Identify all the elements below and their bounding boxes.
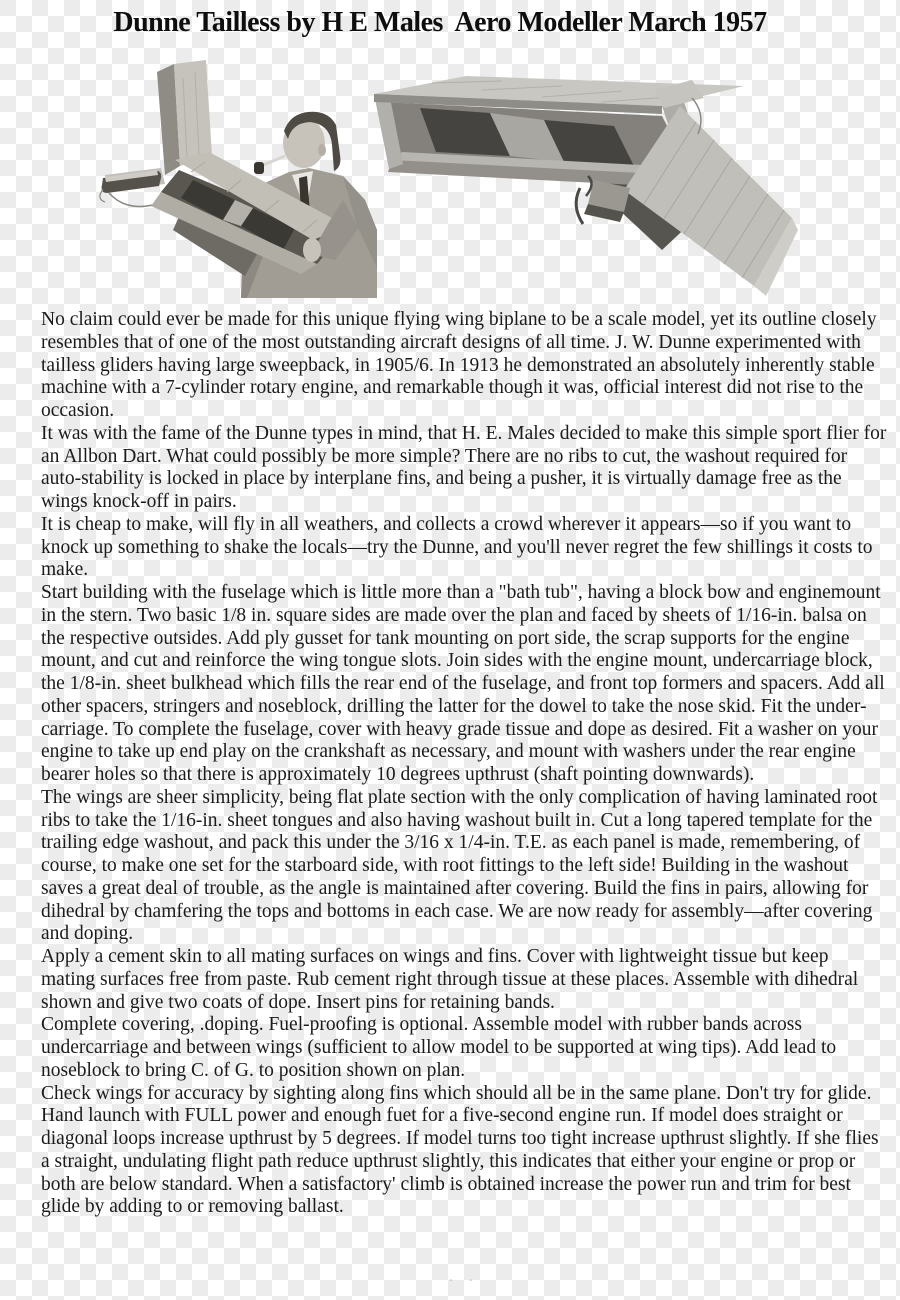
photo-flying-wing-model <box>362 72 798 296</box>
article-paragraph-5: carriage. To complete the fuselage, cove… <box>41 719 887 787</box>
article-paragraph-8: Complete covering, .doping. Fuel-proofin… <box>41 1014 887 1082</box>
footer-mark: - - <box>448 1276 478 1286</box>
article-paragraph-2: It was with the fame of the Dunne types … <box>41 423 887 514</box>
photo-man-holding-model <box>95 58 377 298</box>
pipe <box>254 156 285 174</box>
page-title: Dunne Tailless by H E Males Aero Modelle… <box>0 6 880 40</box>
article-body: No claim could ever be made for this uni… <box>41 309 887 1219</box>
article-paragraph-9: Check wings for accuracy by sighting alo… <box>41 1083 887 1220</box>
undercarriage-wire <box>109 193 153 207</box>
document-page: Dunne Tailless by H E Males Aero Modelle… <box>0 0 900 1300</box>
article-paragraph-3: It is cheap to make, will fly in all wea… <box>41 514 887 582</box>
article-paragraph-7: Apply a cement skin to all mating surfac… <box>41 946 887 1014</box>
article-paragraph-4: Start building with the fuselage which i… <box>41 582 887 719</box>
model-aircraft-right <box>374 76 798 296</box>
article-paragraph-1: No claim could ever be made for this uni… <box>41 309 887 423</box>
article-paragraph-6: The wings are sheer simplicity, being fl… <box>41 787 887 946</box>
